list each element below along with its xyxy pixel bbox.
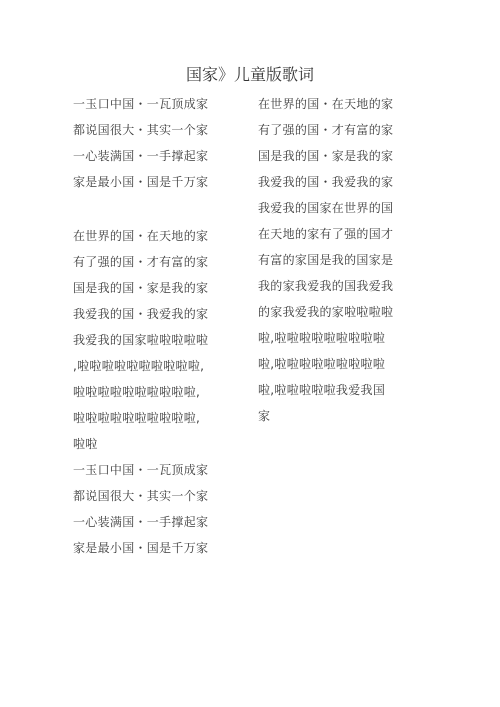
- lyric-line: 我的家我爱我的国我爱我: [258, 276, 398, 302]
- lyric-line: 我爱我的国・我爱我的家: [258, 172, 398, 198]
- lyric-line: 我爱我的国家啦啦啦啦啦: [73, 330, 253, 356]
- lyric-line: 一玉口中国・一瓦顶成家: [73, 460, 253, 486]
- lyric-line: 一心装满国・一手撑起家: [73, 146, 253, 172]
- lyric-line: ,啦啦啦啦啦啦啦啦啦啦,: [73, 356, 253, 382]
- lyric-line: 一玉口中国・一瓦顶成家: [73, 94, 253, 120]
- lyric-line: 在世界的国・在天地的家: [73, 226, 253, 252]
- lyric-line: 的家我爱我的家啦啦啦啦: [258, 302, 398, 328]
- lyric-line: 啦啦: [73, 434, 253, 460]
- lyric-line: 啦,啦啦啦啦啦啦啦啦啦: [258, 354, 398, 380]
- lyric-line: 家是最小国・国是千万家: [73, 172, 253, 198]
- lyric-line: 国是我的国・家是我的家: [258, 146, 398, 172]
- lyric-line: 都说国很大・其实一个家: [73, 486, 253, 512]
- lyric-line: 在天地的家有了强的国才: [258, 224, 398, 250]
- lyric-line: 有了强的国・才有富的家: [73, 252, 253, 278]
- stanza-gap: [73, 198, 253, 226]
- lyric-line: 啦,啦啦啦啦啦我爱我国: [258, 380, 398, 406]
- stanza-2: 在世界的国・在天地的家 有了强的国・才有富的家 国是我的国・家是我的家 我爱我的…: [73, 226, 253, 460]
- lyric-line: 有了强的国・才有富的家: [258, 120, 398, 146]
- lyric-line: 我爱我的国家在世界的国: [258, 198, 398, 224]
- lyric-line: 家: [258, 406, 398, 432]
- document-title: 国家》儿童版歌词: [0, 62, 500, 85]
- lyric-line: 在世界的国・在天地的家: [258, 94, 398, 120]
- lyric-line: 都说国很大・其实一个家: [73, 120, 253, 146]
- lyric-line: 家是最小国・国是千万家: [73, 538, 253, 564]
- stanza-1: 一玉口中国・一瓦顶成家 都说国很大・其实一个家 一心装满国・一手撑起家 家是最小…: [73, 94, 253, 198]
- right-column: 在世界的国・在天地的家 有了强的国・才有富的家 国是我的国・家是我的家 我爱我的…: [258, 94, 398, 432]
- lyric-line: 啦,啦啦啦啦啦啦啦啦啦: [258, 328, 398, 354]
- lyric-line: 啦啦啦啦啦啦啦啦啦啦,: [73, 408, 253, 434]
- lyric-line: 我爱我的国・我爱我的家: [73, 304, 253, 330]
- stanza-3: 一玉口中国・一瓦顶成家 都说国很大・其实一个家 一心装满国・一手撑起家 家是最小…: [73, 460, 253, 564]
- lyric-line: 国是我的国・家是我的家: [73, 278, 253, 304]
- lyric-line: 有富的家国是我的国家是: [258, 250, 398, 276]
- lyric-line: 一心装满国・一手撑起家: [73, 512, 253, 538]
- left-column: 一玉口中国・一瓦顶成家 都说国很大・其实一个家 一心装满国・一手撑起家 家是最小…: [73, 94, 253, 564]
- lyric-line: 啦啦啦啦啦啦啦啦啦啦,: [73, 382, 253, 408]
